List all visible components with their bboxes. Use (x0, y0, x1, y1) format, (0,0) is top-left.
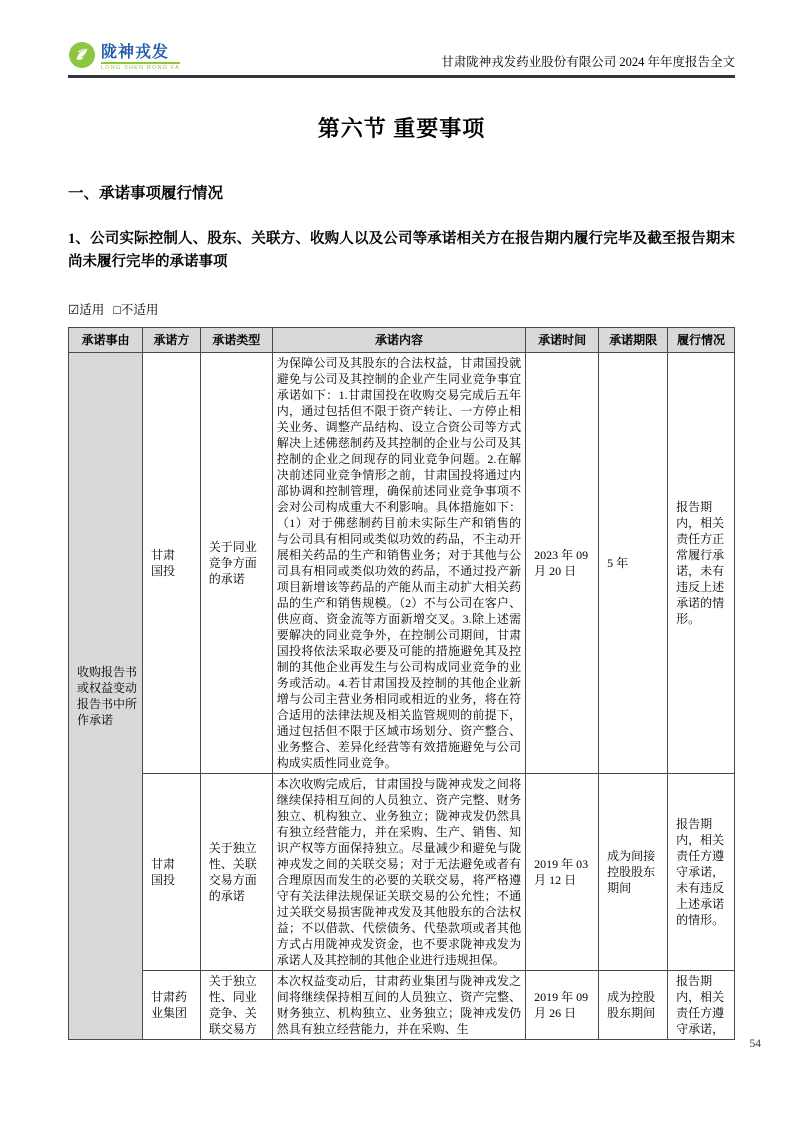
col-header-type: 承诺类型 (200, 327, 272, 352)
col-header-content: 承诺内容 (272, 327, 525, 352)
cell-time: 2019 年 03 月 12 日 (526, 773, 599, 970)
not-applicable-checkbox: □不适用 (113, 303, 158, 317)
cell-performance: 报告期内，相关责任方遵守承诺， (668, 970, 735, 1039)
applicable-checkbox: ☑适用 (68, 303, 104, 317)
commitments-table: 承诺事由 承诺方 承诺类型 承诺内容 承诺时间 承诺期限 履行情况 收购报告书或… (68, 327, 735, 1040)
table-header-row: 承诺事由 承诺方 承诺类型 承诺内容 承诺时间 承诺期限 履行情况 (69, 327, 735, 352)
col-header-cause: 承诺事由 (69, 327, 143, 352)
cell-type: 关于同业竞争方面的承诺 (200, 352, 272, 773)
cell-performance: 报告期内，相关责任方正常履行承诺，未有违反上述承诺的情形。 (668, 352, 735, 773)
cell-time: 2023 年 09 月 20 日 (526, 352, 599, 773)
cell-party: 甘肃药业集团 (143, 970, 201, 1039)
cell-term: 5 年 (599, 352, 668, 773)
logo-text: 陇神戎发 LONG SHEN RONG FA (101, 44, 180, 71)
cell-term: 成为控股股东期间 (599, 970, 668, 1039)
cell-time: 2019 年 09 月 26 日 (526, 970, 599, 1039)
col-header-term: 承诺期限 (599, 327, 668, 352)
report-title: 甘肃陇神戎发药业股份有限公司 2024 年年度报告全文 (441, 52, 735, 74)
applicability-line: ☑适用 □不适用 (68, 300, 735, 318)
heading-commitments-sub: 1、公司实际控制人、股东、关联方、收购人以及公司等承诺相关方在报告期内履行完毕及… (68, 228, 735, 274)
cell-performance: 报告期内，相关责任方遵守承诺，未有违反上述承诺的情形。 (668, 773, 735, 970)
cell-term: 成为间接控股股东期间 (599, 773, 668, 970)
document-page: 陇神戎发 LONG SHEN RONG FA 甘肃陇神戎发药业股份有限公司 20… (0, 0, 793, 1122)
logo-rule (101, 62, 180, 64)
page-header: 陇神戎发 LONG SHEN RONG FA 甘肃陇神戎发药业股份有限公司 20… (68, 0, 735, 74)
page-number: 54 (750, 1038, 762, 1050)
col-header-performance: 履行情况 (668, 327, 735, 352)
table-row: 甘肃药业集团 关于独立性、同业竞争、关联交易方 本次权益变动后，甘肃药业集团与陇… (69, 970, 735, 1039)
section-title: 第六节 重要事项 (68, 112, 735, 143)
cell-party: 甘肃 国投 (143, 352, 201, 773)
cell-content: 本次收购完成后，甘肃国投与陇神戎发之间将继续保持相互间的人员独立、资产完整、财务… (272, 773, 525, 970)
cell-type: 关于独立性、同业竞争、关联交易方 (200, 970, 272, 1039)
heading-commitments: 一、承诺事项履行情况 (68, 181, 735, 203)
col-header-time: 承诺时间 (526, 327, 599, 352)
table-row: 收购报告书或权益变动报告书中所作承诺 甘肃 国投 关于同业竞争方面的承诺 为保障… (69, 352, 735, 773)
company-logo: 陇神戎发 LONG SHEN RONG FA (68, 41, 180, 74)
table-row: 甘肃 国投 关于独立性、关联交易方面的承诺 本次收购完成后，甘肃国投与陇神戎发之… (69, 773, 735, 970)
cell-content: 为保障公司及其股东的合法权益，甘肃国投就避免与公司及其控制的企业产生同业竞争事宜… (272, 352, 525, 773)
cell-type: 关于独立性、关联交易方面的承诺 (200, 773, 272, 970)
header-divider (68, 75, 735, 78)
col-header-party: 承诺方 (143, 327, 201, 352)
logo-leaf-icon (68, 41, 96, 74)
logo-cn-text: 陇神戎发 (101, 44, 180, 61)
cell-party: 甘肃 国投 (143, 773, 201, 970)
cell-cause: 收购报告书或权益变动报告书中所作承诺 (69, 352, 143, 1039)
logo-en-text: LONG SHEN RONG FA (101, 65, 180, 71)
cell-content: 本次权益变动后，甘肃药业集团与陇神戎发之间将继续保持相互间的人员独立、资产完整、… (272, 970, 525, 1039)
